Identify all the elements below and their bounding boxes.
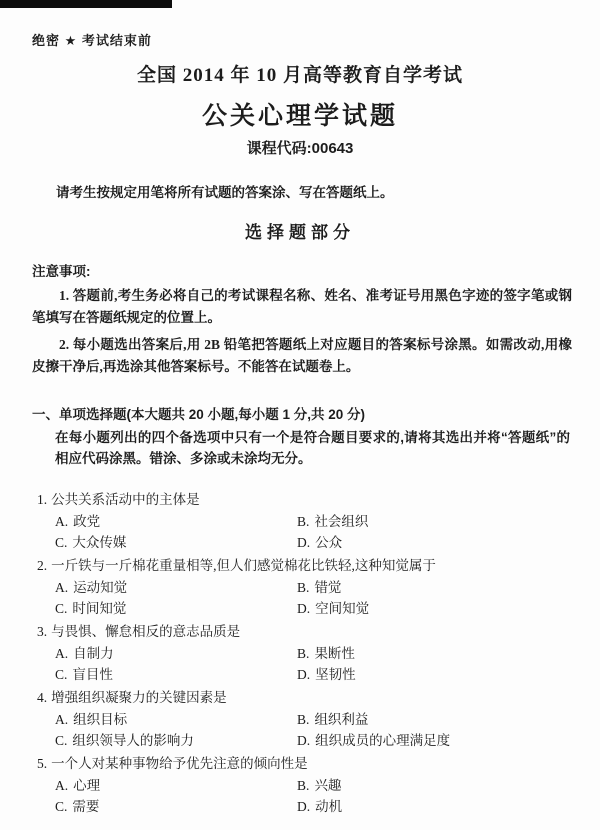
classification-label: 绝密 ★ 考试结束前 (32, 30, 600, 49)
question: 2.一斤铁与一斤棉花重量相等,但人们感觉棉花比铁轻,这种知觉属于 A.运动知觉 … (37, 555, 570, 619)
question-stem: 增强组织凝聚力的关键因素是 (51, 690, 227, 705)
options-grid: A.政党 B.社会组织 C.大众传媒 D.公众 (55, 511, 570, 553)
option-label: D. (297, 601, 310, 616)
option: B.社会组织 (297, 511, 570, 532)
option: C.盲目性 (55, 664, 297, 685)
option: C.组织领导人的影响力 (55, 730, 297, 751)
option-text: 大众传媒 (72, 535, 126, 550)
option: A.组织目标 (55, 709, 297, 730)
option-text: 坚韧性 (315, 667, 356, 682)
option: D.公众 (297, 532, 570, 553)
exam-paper-page: 绝密 ★ 考试结束前 全国 2014 年 10 月高等教育自学考试 公关心理学试… (0, 0, 600, 830)
option-label: C. (55, 601, 67, 616)
option: C.需要 (55, 796, 297, 817)
option: B.果断性 (297, 643, 570, 664)
question: 5.一个人对某种事物给予优先注意的倾向性是 A.心理 B.兴趣 C.需要 D.动… (37, 753, 570, 817)
question: 4.增强组织凝聚力的关键因素是 A.组织目标 B.组织利益 C.组织领导人的影响… (37, 687, 570, 751)
option-text: 空间知觉 (315, 601, 369, 616)
option: D.空间知觉 (297, 598, 570, 619)
option-text: 组织目标 (73, 712, 127, 727)
option-text: 社会组织 (314, 514, 368, 529)
option-label: B. (297, 712, 309, 727)
option-label: D. (297, 799, 310, 814)
option-label: C. (55, 667, 67, 682)
options-grid: A.组织目标 B.组织利益 C.组织领导人的影响力 D.组织成员的心理满足度 (55, 709, 570, 751)
question-stem: 一斤铁与一斤棉花重量相等,但人们感觉棉花比铁轻,这种知觉属于 (51, 558, 436, 573)
option-label: A. (55, 580, 68, 595)
notes-block: 注意事项: 1. 答题前,考生务必将自己的考试课程名称、姓名、准考证号用黑色字迹… (0, 260, 600, 378)
option-label: D. (297, 535, 310, 550)
option-label: A. (55, 646, 68, 661)
option-label: C. (55, 733, 67, 748)
option: B.错觉 (297, 577, 570, 598)
scan-artifact-bar (0, 0, 172, 8)
option-text: 自制力 (73, 646, 114, 661)
part-instructions: 在每小题列出的四个备选项中只有一个是符合题目要求的,请将其选出并将“答题纸”的相… (55, 427, 570, 469)
option-text: 政党 (73, 514, 100, 529)
question-stem-row: 5.一个人对某种事物给予优先注意的倾向性是 (37, 753, 570, 775)
option-text: 需要 (72, 799, 99, 814)
question-list: 1.公共关系活动中的主体是 A.政党 B.社会组织 C.大众传媒 D.公众 2.… (37, 489, 570, 817)
section-title: 选择题部分 (0, 218, 600, 243)
option-text: 组织成员的心理满足度 (315, 733, 450, 748)
question: 1.公共关系活动中的主体是 A.政党 B.社会组织 C.大众传媒 D.公众 (37, 489, 570, 553)
options-grid: A.心理 B.兴趣 C.需要 D.动机 (55, 775, 570, 817)
option-text: 盲目性 (72, 667, 113, 682)
exam-session-title: 全国 2014 年 10 月高等教育自学考试 (0, 60, 600, 87)
question-number: 5. (37, 756, 47, 771)
option-text: 时间知觉 (72, 601, 126, 616)
options-grid: A.自制力 B.果断性 C.盲目性 D.坚韧性 (55, 643, 570, 685)
option-label: D. (297, 733, 310, 748)
option: A.政党 (55, 511, 297, 532)
option-label: B. (297, 778, 309, 793)
option-text: 公众 (315, 535, 342, 550)
part-head: 一、单项选择题(本大题共 20 小题,每小题 1 分,共 20 分) 在每小题列… (0, 405, 600, 469)
question-stem-row: 3.与畏惧、懈怠相反的意志品质是 (37, 621, 570, 643)
notes-title: 注意事项: (32, 260, 600, 280)
paper-title: 公关心理学试题 (0, 96, 600, 132)
option-text: 动机 (315, 799, 342, 814)
option-label: D. (297, 667, 310, 682)
option-label: A. (55, 712, 68, 727)
option: B.组织利益 (297, 709, 570, 730)
option-text: 果断性 (314, 646, 355, 661)
option-text: 心理 (73, 778, 100, 793)
note-item-2: 2. 每小题选出答案后,用 2B 铅笔把答题纸上对应题目的答案标号涂黑。如需改动… (32, 334, 572, 378)
option-text: 运动知觉 (73, 580, 127, 595)
options-grid: A.运动知觉 B.错觉 C.时间知觉 D.空间知觉 (55, 577, 570, 619)
option: B.兴趣 (297, 775, 570, 796)
option: D.组织成员的心理满足度 (297, 730, 570, 751)
option: A.心理 (55, 775, 297, 796)
question-stem: 与畏惧、懈怠相反的意志品质是 (51, 624, 240, 639)
question-number: 4. (37, 690, 47, 705)
question-number: 3. (37, 624, 47, 639)
option-label: A. (55, 778, 68, 793)
option-label: B. (297, 580, 309, 595)
option-text: 兴趣 (314, 778, 341, 793)
option-label: A. (55, 514, 68, 529)
course-code: 课程代码:00643 (0, 137, 600, 158)
option-label: B. (297, 646, 309, 661)
option: C.时间知觉 (55, 598, 297, 619)
option-text: 组织领导人的影响力 (72, 733, 194, 748)
option: D.坚韧性 (297, 664, 570, 685)
option: A.运动知觉 (55, 577, 297, 598)
option-label: C. (55, 799, 67, 814)
question-number: 1. (37, 492, 47, 507)
question-number: 2. (37, 558, 47, 573)
option-text: 错觉 (314, 580, 341, 595)
question-stem: 一个人对某种事物给予优先注意的倾向性是 (51, 756, 308, 771)
option-text: 组织利益 (314, 712, 368, 727)
option-label: C. (55, 535, 67, 550)
option: A.自制力 (55, 643, 297, 664)
option: C.大众传媒 (55, 532, 297, 553)
question-stem-row: 4.增强组织凝聚力的关键因素是 (37, 687, 570, 709)
question: 3.与畏惧、懈怠相反的意志品质是 A.自制力 B.果断性 C.盲目性 D.坚韧性 (37, 621, 570, 685)
note-item-1: 1. 答题前,考生务必将自己的考试课程名称、姓名、准考证号用黑色字迹的签字笔或钢… (32, 285, 572, 329)
option: D.动机 (297, 796, 570, 817)
question-stem-row: 1.公共关系活动中的主体是 (37, 489, 570, 511)
question-stem: 公共关系活动中的主体是 (51, 492, 200, 507)
part-title: 一、单项选择题(本大题共 20 小题,每小题 1 分,共 20 分) (32, 405, 600, 425)
answer-sheet-instruction: 请考生按规定用笔将所有试题的答案涂、写在答题纸上。 (56, 181, 566, 201)
option-label: B. (297, 514, 309, 529)
question-stem-row: 2.一斤铁与一斤棉花重量相等,但人们感觉棉花比铁轻,这种知觉属于 (37, 555, 570, 577)
